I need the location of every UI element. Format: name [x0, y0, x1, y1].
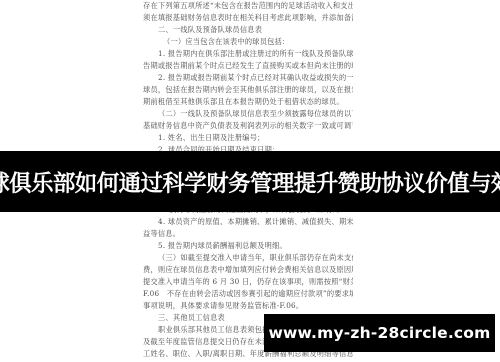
banner-title: 足球俱乐部如何通过科学财务管理提升赞助协议价值与效果 — [0, 151, 500, 212]
doc-line: 益等信息。 — [143, 228, 353, 240]
doc-line: F.06 不存在由转会活动或因参赛引起的逾期应付款项”的要求填列上报相关 — [143, 288, 353, 300]
doc-line: 基础财务信息中资产负债表及利润表列示的相关数字一致或可调节一致： — [143, 120, 353, 132]
doc-line: 2. 报告期或报告期前某个时点已经对其确认收益或损失的一线队及预备队 — [143, 72, 353, 84]
subsection-heading: （二）一线队及预备队球员信息表至少须披露每位球员的以下信息，并与 — [143, 108, 353, 120]
page: 存在下列第五项所述“未包含在报告范围内的足球活动收入和支出”，俱乐部 须在填报基… — [0, 0, 500, 362]
section-heading: 二、一线队及预备队球员信息表 — [143, 24, 353, 36]
doc-line: 球员，包括在报告期内转会至其他俱乐部注册的球员，以及在报告期内或报告 — [143, 84, 353, 96]
subsection-heading: （一）应当包含在该表中的球员包括： — [143, 36, 353, 48]
doc-line: 1. 姓名、出生日期及注册编号； — [143, 132, 353, 144]
watermark-url: www.my-zh-28circle.com — [264, 314, 495, 352]
doc-line: 期前租借至其他俱乐部且在本报告期仍处于租借状态的球员。 — [143, 96, 353, 108]
doc-line: 告期或报告期前某个时点已经发生了直接购买或本但尚未注册的球员； — [143, 60, 353, 72]
doc-line: 须在填报基础财务信息表时在相关科目考虑此项影响，并添加备注说明。 — [143, 12, 353, 24]
doc-line: 费，则应在球员信息表中增加填列应付转会费相关信息以及原因解释。如截至 — [143, 264, 353, 276]
subsection-heading: （三）如截至提交准入申请当年，职业俱乐部仍存在尚未支付的球员转会 — [143, 252, 353, 264]
doc-line: 4. 球员资产的原值、本期摊销、累计摊销、减值损失、期末净值、处置损 — [143, 216, 353, 228]
doc-line: 1. 报告期内在俱乐部注册或注册过的所有一线队及预备队球员，包括在报 — [143, 48, 353, 60]
doc-line: 事项说明，具体要求请参见财务监管标准-F.06。 — [143, 300, 353, 312]
doc-line: 存在下列第五项所述“未包含在报告范围内的足球活动收入和支出”，俱乐部 — [143, 0, 353, 12]
doc-line: 提交准入申请当年的 6 月 30 日，仍存在该事项，则需按照“财务监管标准- — [143, 276, 353, 288]
doc-line: 5. 报告期内球员薪酬福利总额及明细。 — [143, 240, 353, 252]
